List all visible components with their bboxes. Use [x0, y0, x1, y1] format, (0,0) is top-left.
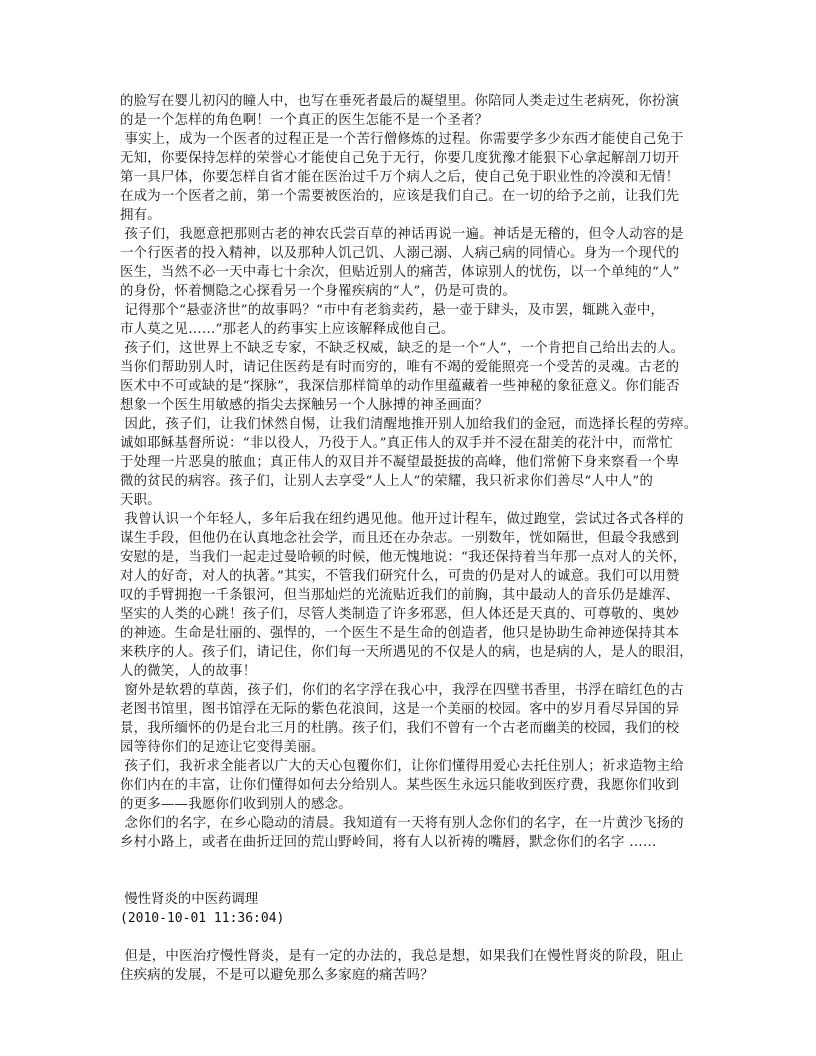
text-line: 叹的手臂拥抱一千条银河，但当那灿烂的光流贴近我们的前胸，其中最动人的音乐仍是雄浑…	[120, 586, 710, 605]
text-line: 无知，你要保持怎样的荣誉心才能使自己免于无行，你要几度犹豫才能狠下心拿起解剖刀切…	[120, 149, 710, 168]
text-line: 于处理一片恶臭的脓血；真正伟人的双目并不凝望最挺拔的高峰，他们常俯下身来察看一个…	[120, 453, 710, 472]
document-page: 的脸写在婴儿初闪的瞳人中，也写在垂死者最后的凝望里。你陪同人类走过生老病死，你扮…	[120, 92, 710, 985]
text-line: 天职。	[120, 491, 710, 510]
text-line: 孩子们，我愿意把那则古老的神农氏尝百草的神话再说一遍。神话是无稽的，但令人动容的…	[120, 225, 710, 244]
text-line: 的更多——我愿你们收到别人的感念。	[120, 795, 710, 814]
text-line: 因此，孩子们，让我们怵然自惕，让我们清醒地推开别人加给我们的金冠，而选择长程的劳…	[120, 415, 710, 434]
text-line: 拥有。	[120, 206, 710, 225]
text-line: 对人的好奇，对人的执著。”其实，不管我们研究什么，可贵的仍是对人的诚意。我们可以…	[120, 567, 710, 586]
article-timestamp: (2010-10-01 11:36:04)	[120, 909, 710, 928]
text-line: 念你们的名字，在乡心隐动的清晨。我知道有一天将有别人念你们的名字，在一片黄沙飞扬…	[120, 814, 710, 833]
article-body: 的脸写在婴儿初闪的瞳人中，也写在垂死者最后的凝望里。你陪同人类走过生老病死，你扮…	[120, 92, 710, 852]
text-line: 医术中不可或缺的是“探脉”，我深信那样简单的动作里蕴藏着一些神秘的象征意义。你们…	[120, 377, 710, 396]
text-line: 园等待你们的足迹让它变得美丽。	[120, 738, 710, 757]
text-line: 我曾认识一个年轻人，多年后我在纽约遇见他。他开过计程车，做过跑堂，尝试过各式各样…	[120, 510, 710, 529]
text-line: 的脸写在婴儿初闪的瞳人中，也写在垂死者最后的凝望里。你陪同人类走过生老病死，你扮…	[120, 92, 710, 111]
text-line: 医生，当然不必一天中毒七十余次，但贴近别人的痛苦，体谅别人的忧伤，以一个单纯的“…	[120, 263, 710, 282]
text-line: 乡村小路上，或者在曲折迂回的荒山野岭间，将有人以祈祷的嘴唇，默念你们的名字 ……	[120, 833, 710, 852]
text-line: 的身份，怀着恻隐之心探看另一个身罹疾病的“人”，仍是可贵的。	[120, 282, 710, 301]
next-article-body: 但是，中医治疗慢性肾炎，是有一定的办法的，我总是想，如果我们在慢性肾炎的阶段，阻…	[120, 947, 710, 985]
article-title: 慢性肾炎的中医药调理	[120, 890, 710, 909]
text-line: 谋生手段，但他仍在认真地念社会学，而且还在办杂志。一别数年，恍如隔世，但最令我感…	[120, 529, 710, 548]
text-line: 的神迹。生命是壮丽的、强悍的，一个医生不是生命的创造者，他只是协助生命神迹保持其…	[120, 624, 710, 643]
text-line: 住疾病的发展，不是可以避免那么多家庭的痛苦吗？	[120, 966, 710, 985]
text-line: 来秩序的人。孩子们，请记住，你们每一天所遇见的不仅是人的病，也是病的人，是人的眼…	[120, 643, 710, 662]
text-line: 孩子们，这世界上不缺乏专家，不缺乏权威，缺乏的是一个“人”，一个肯把自己给出去的…	[120, 339, 710, 358]
text-line: 但是，中医治疗慢性肾炎，是有一定的办法的，我总是想，如果我们在慢性肾炎的阶段，阻…	[120, 947, 710, 966]
text-line: 想象一个医生用敏感的指尖去探触另一个人脉搏的神圣画面？	[120, 396, 710, 415]
text-line: 诚如耶稣基督所说：“非以役人，乃役于人。”真正伟人的双手并不浸在甜美的花汁中，而…	[120, 434, 710, 453]
text-line: 当你们帮助别人时，请记住医药是有时而穷的，唯有不竭的爱能照亮一个受苦的灵魂。古老…	[120, 358, 710, 377]
text-line: 一个行医者的投入精神，以及那种人饥己饥、人溺己溺、人病己病的同情心。身为一个现代…	[120, 244, 710, 263]
spacer	[120, 928, 710, 947]
text-line: 在成为一个医者之前，第一个需要被医治的，应该是我们自己。在一切的给予之前，让我们…	[120, 187, 710, 206]
next-article-section: 慢性肾炎的中医药调理 (2010-10-01 11:36:04) 但是，中医治疗…	[120, 890, 710, 985]
text-line: 孩子们，我祈求全能者以广大的天心包覆你们，让你们懂得用爱心去托住别人；祈求造物主…	[120, 757, 710, 776]
text-line: 你们内在的丰富，让你们懂得如何去分给别人。某些医生永远只能收到医疗费，我愿你们收…	[120, 776, 710, 795]
text-line: 微的贫民的病容。孩子们，让别人去享受“人上人”的荣耀，我只祈求你们善尽“人中人”…	[120, 472, 710, 491]
text-line: 记得那个“悬壶济世”的故事吗？“市中有老翁卖药，悬一壶于肆头，及市罢，辄跳入壶中…	[120, 301, 710, 320]
text-line: 安慰的是，当我们一起走过曼哈顿的时候，他无愧地说：“我还保持着当年那一点对人的关…	[120, 548, 710, 567]
text-line: 市人莫之见……”那老人的药事实上应该解释成他自己。	[120, 320, 710, 339]
text-line: 景，我所缅怀的仍是台北三月的杜鹃。孩子们，我们不曾有一个古老而幽美的校园，我们的…	[120, 719, 710, 738]
text-line: 窗外是软碧的草茵，孩子们，你们的名字浮在我心中，我浮在四壁书香里，书浮在暗红色的…	[120, 681, 710, 700]
text-line: 坚实的人类的心跳！孩子们，尽管人类制造了许多邪恶，但人体还是天真的、可尊敬的、奥…	[120, 605, 710, 624]
text-line: 人的微笑，人的故事！	[120, 662, 710, 681]
text-line: 的是一个怎样的角色啊！一个真正的医生怎能不是一个圣者？	[120, 111, 710, 130]
text-line: 第一具尸体，你要怎样自省才能在医治过千万个病人之后，使自己免于职业性的冷漠和无情…	[120, 168, 710, 187]
text-line: 老图书馆里，图书馆浮在无际的紫色花浪间，这是一个美丽的校园。客中的岁月看尽异国的…	[120, 700, 710, 719]
text-line: 事实上，成为一个医者的过程正是一个苦行僧修炼的过程。你需要学多少东西才能使自己免…	[120, 130, 710, 149]
